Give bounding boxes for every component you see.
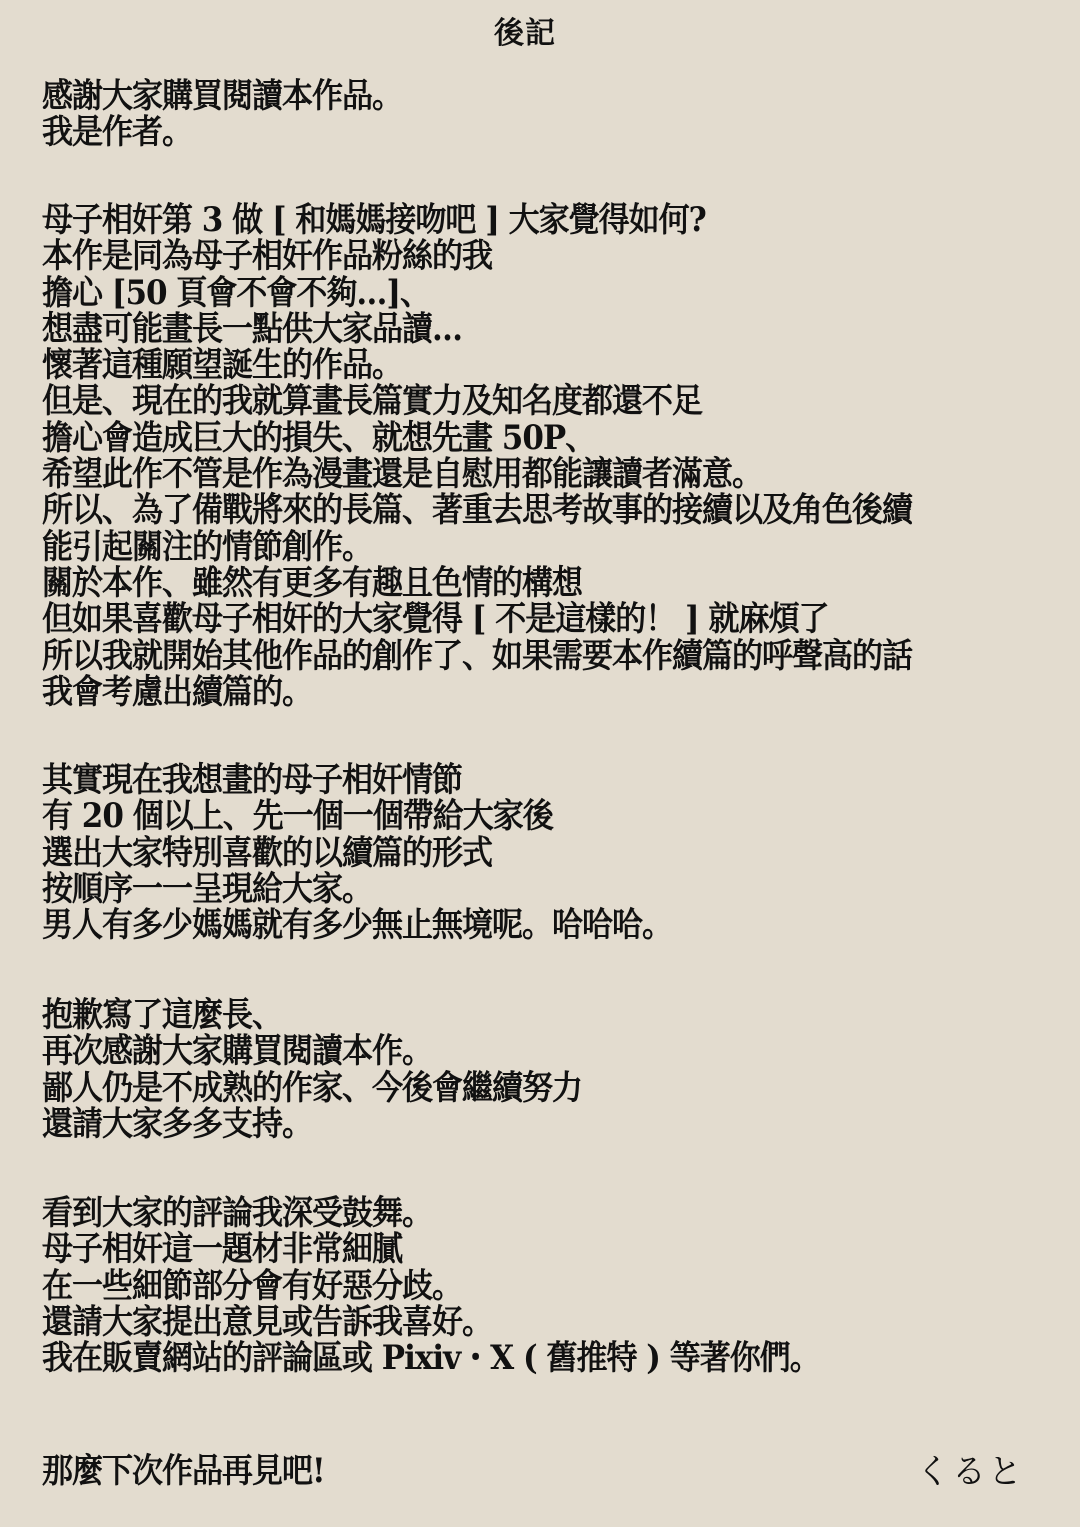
text-line: 關於本作、雖然有更多有趣且色情的構想	[42, 564, 1042, 603]
page-title: 後記	[0, 14, 1050, 54]
paragraph-apology: 抱歉寫了這麼長、 再次感謝大家購買閱讀本作。 鄙人仍是不成熟的作家、今後會繼續努…	[42, 997, 1042, 1142]
text-line: 鄙人仍是不成熟的作家、今後會繼續努力	[42, 1068, 1042, 1107]
text-line: 母子相奸這一題材非常細膩	[42, 1230, 1042, 1269]
text-line: 我在販賣網站的評論區或 Pixiv・X ( 舊推特 ) 等著你們。	[42, 1339, 1042, 1378]
text-line: 男人有多少媽媽就有多少無止無境呢。哈哈哈。	[42, 906, 1042, 945]
closing-line: 那麼下次作品再見吧!	[42, 1450, 325, 1491]
text-line: 我是作者。	[42, 113, 1042, 152]
text-line: 選出大家特別喜歡的以續篇的形式	[42, 833, 1042, 872]
text-line: 擔心會造成巨大的損失、就想先畫 50P、	[42, 418, 1042, 457]
paragraph-feedback: 看到大家的評論我深受鼓舞。 母子相奸這一題材非常細膩 在一些細節部分會有好惡分歧…	[42, 1195, 1042, 1376]
text-line: 但如果喜歡母子相奸的大家覺得 [ 不是這樣的！ ] 就麻煩了	[42, 600, 1042, 639]
text-line: 希望此作不管是作為漫畫還是自慰用都能讓讀者滿意。	[42, 455, 1042, 494]
text-line: 看到大家的評論我深受鼓舞。	[42, 1194, 1042, 1233]
text-line: 再次感謝大家購買閱讀本作。	[42, 1032, 1042, 1071]
text-line: 想盡可能畫長一點供大家品讀…	[42, 309, 1042, 348]
text-line: 母子相奸第 3 做 [ 和媽媽接吻吧 ] 大家覺得如何?	[42, 201, 1042, 240]
text-line: 其實現在我想畫的母子相奸情節	[42, 761, 1042, 800]
text-line: 有 20 個以上、先一個一個帶給大家後	[42, 797, 1042, 836]
text-line: 在一些細節部分會有好惡分歧。	[42, 1266, 1042, 1305]
paragraph-future-plans: 其實現在我想畫的母子相奸情節 有 20 個以上、先一個一個帶給大家後 選出大家特…	[42, 762, 1042, 943]
text-line: 但是、現在的我就算畫長篇實力及知名度都還不足	[42, 382, 1042, 421]
text-line: 能引起關注的情節創作。	[42, 527, 1042, 566]
text-line: 抱歉寫了這麼長、	[42, 996, 1042, 1035]
text-line: 所以我就開始其他作品的創作了、如果需要本作續篇的呼聲高的話	[42, 636, 1042, 675]
paragraph-about-work: 母子相奸第 3 做 [ 和媽媽接吻吧 ] 大家覺得如何? 本作是同為母子相奸作品…	[42, 202, 1042, 710]
text-line: 按順序一一呈現給大家。	[42, 869, 1042, 908]
text-line: 還請大家多多支持。	[42, 1104, 1042, 1143]
text-line: 擔心 [50 頁會不會不夠…]、	[42, 273, 1042, 312]
text-line: 還請大家提出意見或告訴我喜好。	[42, 1302, 1042, 1341]
text-line: 懷著這種願望誕生的作品。	[42, 346, 1042, 385]
text-line: 我會考慮出續篇的。	[42, 672, 1042, 711]
text-line: 感謝大家購買閱讀本作品。	[42, 77, 1042, 116]
text-line: 所以、為了備戰將來的長篇、著重去思考故事的接續以及角色後續	[42, 491, 1042, 530]
text-line: 本作是同為母子相奸作品粉絲的我	[42, 237, 1042, 276]
paragraph-thanks: 感謝大家購買閱讀本作品。 我是作者。	[42, 78, 1042, 151]
author-signature: くると	[916, 1452, 1024, 1492]
